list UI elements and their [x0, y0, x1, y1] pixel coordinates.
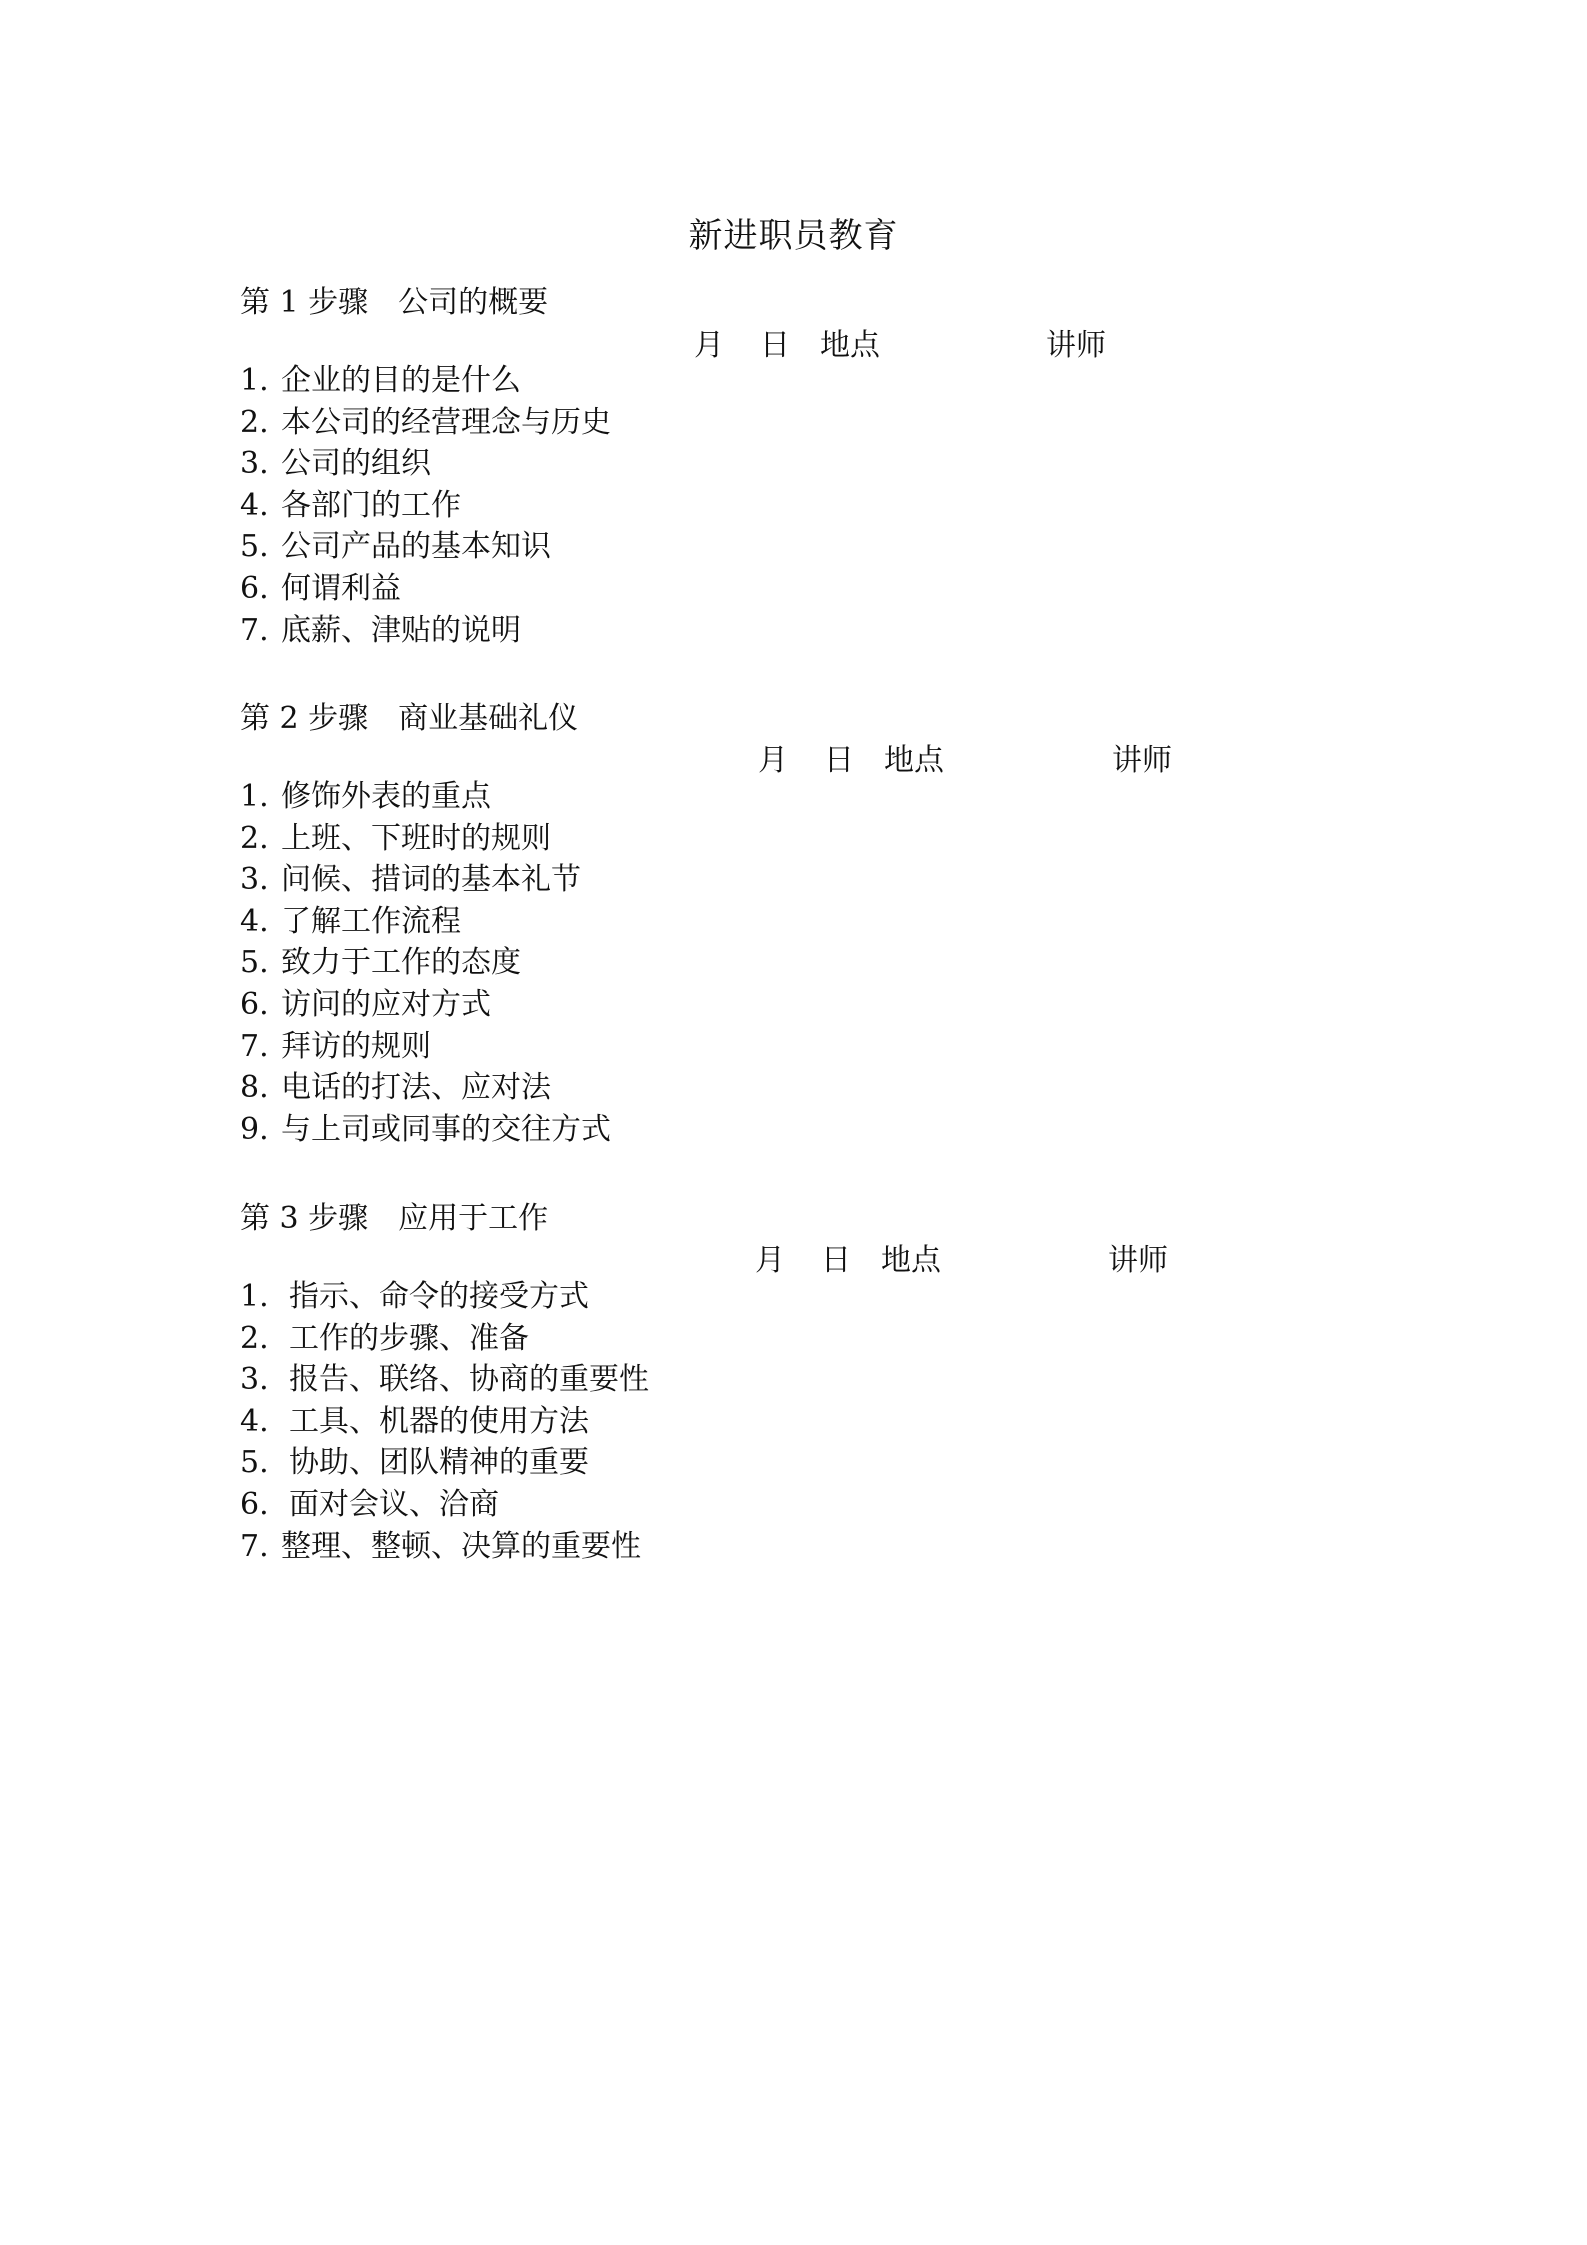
- list-item: 5.公司产品的基本知识: [240, 526, 611, 568]
- step-2-columns: 月 日 地点 讲师: [0, 735, 38, 945]
- step-3-list: 1.指示、命令的接受方式 2.工作的步骤、准备 3.报告、联络、协商的重要性 4…: [240, 1276, 649, 1567]
- list-item: 1.企业的目的是什么: [240, 360, 611, 402]
- column-day: 日: [821, 1235, 851, 1279]
- step-3-columns: 月 日 地点 讲师: [0, 1235, 38, 1445]
- list-item: 4.工具、机器的使用方法: [240, 1401, 649, 1443]
- column-day: 日: [824, 735, 854, 779]
- column-month: 月: [755, 1235, 785, 1279]
- list-item: 4.了解工作流程: [240, 901, 611, 943]
- list-item: 3.问候、措词的基本礼节: [240, 859, 611, 901]
- list-item: 6.何谓利益: [240, 568, 611, 610]
- document-title: 新进职员教育: [0, 208, 1587, 257]
- step-1-list: 1.企业的目的是什么 2.本公司的经营理念与历史 3.公司的组织 4.各部门的工…: [240, 360, 611, 651]
- column-place: 地点: [884, 735, 944, 779]
- list-item: 4.各部门的工作: [240, 485, 611, 527]
- step-2-list: 1.修饰外表的重点 2.上班、下班时的规则 3.问候、措词的基本礼节 4.了解工…: [240, 776, 611, 1150]
- list-item: 2.工作的步骤、准备: [240, 1318, 649, 1360]
- list-item: 2.上班、下班时的规则: [240, 818, 611, 860]
- list-item: 6.访问的应对方式: [240, 984, 611, 1026]
- list-item: 3.报告、联络、协商的重要性: [240, 1359, 649, 1401]
- column-place: 地点: [881, 1235, 941, 1279]
- step-1-columns: 月 日 地点 讲师: [0, 320, 38, 530]
- step-1-heading: 第 1 步骤 公司的概要: [240, 277, 548, 321]
- column-lecturer: 讲师: [1046, 320, 1106, 364]
- column-month: 月: [758, 735, 788, 779]
- column-lecturer: 讲师: [1112, 735, 1172, 779]
- column-lecturer: 讲师: [1108, 1235, 1168, 1279]
- column-place: 地点: [820, 320, 880, 364]
- step-2-heading: 第 2 步骤 商业基础礼仪: [240, 693, 578, 737]
- list-item: 1.指示、命令的接受方式: [240, 1276, 649, 1318]
- list-item: 6.面对会议、洽商: [240, 1484, 649, 1526]
- list-item: 7.底薪、津贴的说明: [240, 610, 611, 652]
- list-item: 5.致力于工作的态度: [240, 942, 611, 984]
- list-item: 5.协助、团队精神的重要: [240, 1442, 649, 1484]
- list-item: 2.本公司的经营理念与历史: [240, 402, 611, 444]
- document-page: 新进职员教育 第 1 步骤 公司的概要 月 日 地点 讲师 1.企业的目的是什么…: [0, 0, 1587, 2245]
- list-item: 1.修饰外表的重点: [240, 776, 611, 818]
- list-item: 7.拜访的规则: [240, 1026, 611, 1068]
- step-3-heading: 第 3 步骤 应用于工作: [240, 1193, 548, 1237]
- column-day: 日: [760, 320, 790, 364]
- column-month: 月: [694, 320, 724, 364]
- list-item: 9.与上司或同事的交往方式: [240, 1109, 611, 1151]
- list-item: 8.电话的打法、应对法: [240, 1067, 611, 1109]
- list-item: 3.公司的组织: [240, 443, 611, 485]
- list-item: 7.整理、整顿、决算的重要性: [240, 1526, 649, 1568]
